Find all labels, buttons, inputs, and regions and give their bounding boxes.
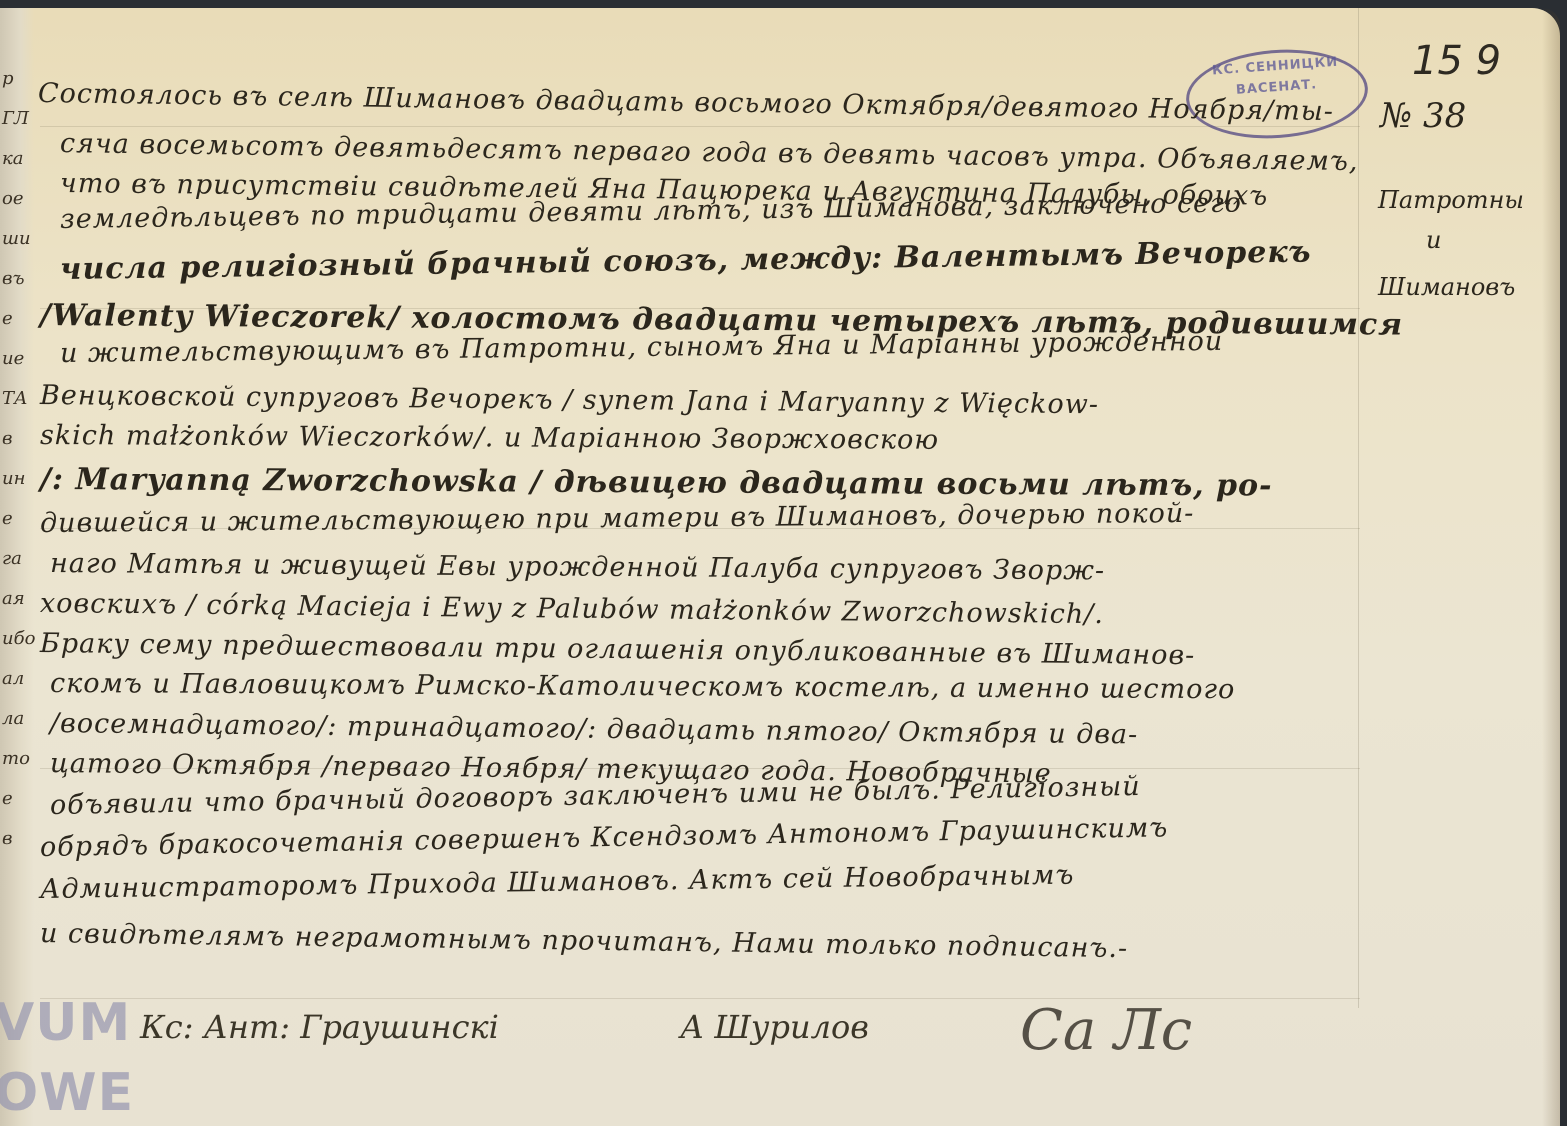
text-line: Администраторомъ Прихода Шимановъ. Актъ … <box>40 860 1075 905</box>
text-line: Венцковской супруговъ Вечорекъ / synem J… <box>40 380 1099 420</box>
text-line: Состоялось въ селѣ Шимановъ двадцать вос… <box>38 78 1334 127</box>
adjacent-page-fragment: ка <box>2 148 23 169</box>
signature-mark: Са Лс <box>1020 998 1192 1063</box>
text-line-bride-polish: /: Maryanną Zworzchowska / дѣвицею двадц… <box>40 462 1273 503</box>
adjacent-page-fragment: в <box>2 428 12 449</box>
text-line-bride: skich małżonków Wieczorków/. и Маріанною… <box>40 420 939 456</box>
adjacent-page-fragment: то <box>2 748 30 769</box>
adjacent-page-fragment: ая <box>2 588 25 609</box>
margin-note-village-1: Патротны <box>1378 186 1524 214</box>
adjacent-page-fragment: ое <box>2 188 24 209</box>
ruled-line <box>40 126 1360 127</box>
text-line: дившейся и жительствующею при матери въ … <box>40 498 1195 539</box>
archive-watermark-line-1: VUM <box>0 993 131 1053</box>
adjacent-page-fragment: га <box>2 548 22 569</box>
signature-priest: Кс: Ант: Граушинскі <box>140 1008 499 1046</box>
adjacent-page-fragment: е <box>2 508 13 529</box>
margin-note-and: и <box>1426 226 1441 254</box>
text-line: Браку сему предшествовали три оглашенія … <box>40 628 1196 671</box>
adjacent-page-fragment: е <box>2 788 13 809</box>
adjacent-page-fragment: ГЛ <box>2 108 29 129</box>
text-line: и свидѣтелямъ неграмотнымъ прочитанъ, На… <box>40 918 1129 964</box>
signature-second: А Шурилов <box>680 1008 869 1046</box>
record-number: № 38 <box>1380 96 1466 136</box>
text-line: наго Матѣя и живущей Евы урожденной Палу… <box>50 548 1105 586</box>
adjacent-page-fragment: ТА <box>2 388 28 409</box>
text-line: обрядъ бракосочетанія совершенъ Ксендзом… <box>40 812 1169 863</box>
text-line: ховскихъ / córką Macieja i Ewy z Palubów… <box>40 588 1104 630</box>
adjacent-page-fragment: ла <box>2 708 24 729</box>
text-line: /восемнадцатого/: тринадцатого/: двадцат… <box>50 708 1139 750</box>
adjacent-page-fragment: ибо <box>2 628 35 649</box>
adjacent-page-fragment: р <box>2 68 14 89</box>
margin-note-village-2: Шимановъ <box>1378 273 1515 301</box>
archive-watermark-line-2: OWE <box>0 1063 134 1123</box>
adjacent-page-fragment: е <box>2 308 13 329</box>
adjacent-page-fragment: въ <box>2 268 24 289</box>
text-line-groom: числа религіозный брачный союзъ, между: … <box>60 235 1312 287</box>
adjacent-page-fragment: ал <box>2 668 24 689</box>
text-line: скомъ и Павловицкомъ Римско-Католическом… <box>50 668 1235 705</box>
manuscript-page: рГЛкаоешивъеиеТАвинегааяибоаллатоев КС. … <box>0 8 1560 1126</box>
adjacent-page-fragment: в <box>2 828 12 849</box>
page-number: 15 9 <box>1412 38 1501 84</box>
adjacent-page-fragment: ши <box>2 228 31 249</box>
adjacent-page-fragment: ин <box>2 468 25 489</box>
adjacent-page-fragment: ие <box>2 348 24 369</box>
